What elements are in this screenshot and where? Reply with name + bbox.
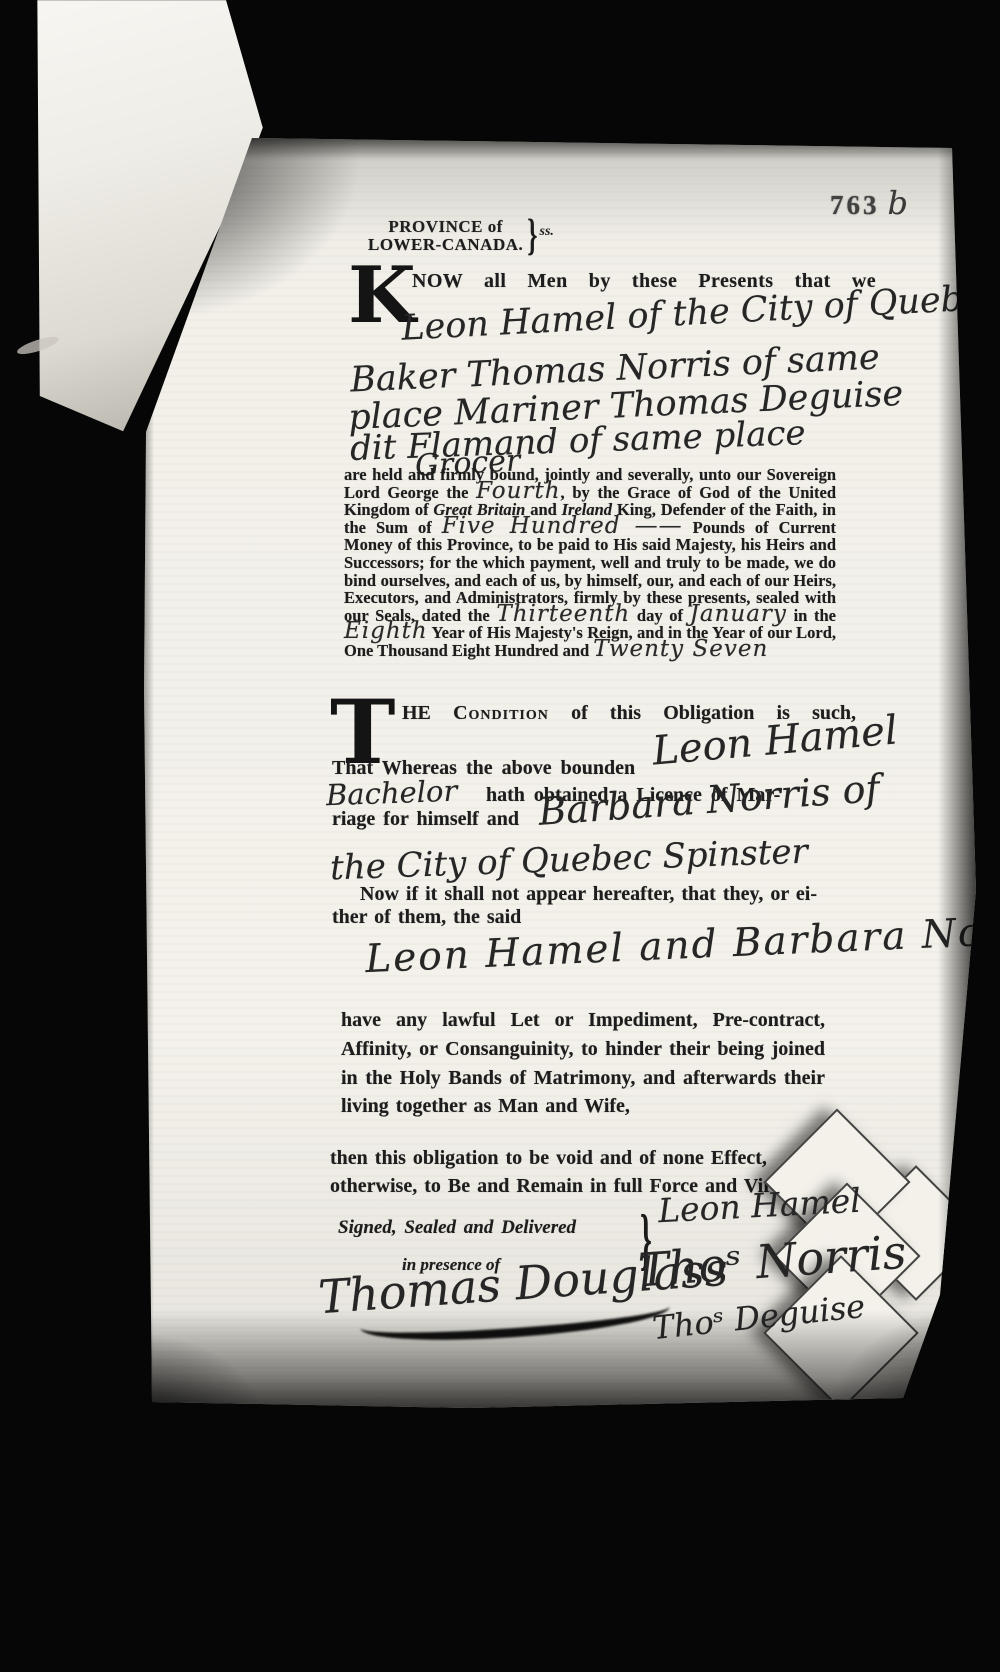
bond-text: day of <box>630 606 689 625</box>
bond-paragraph: are held and firmly bound, jointly and s… <box>344 466 836 660</box>
microfilm-photo-stage: 763b PROVINCE of LOWER-CANADA. } ss. K N… <box>0 0 1000 1672</box>
province-line-1: PROVINCE of <box>368 218 523 236</box>
impediment-paragraph: have any lawful Let or Impediment, Pre-c… <box>341 1006 825 1121</box>
bond-text: in the <box>787 606 836 625</box>
heading-brace: } <box>527 211 537 262</box>
hw-groom-status: Bachelor <box>325 774 457 813</box>
void-clause-line-1: then this obligation to be void and of n… <box>330 1144 804 1172</box>
condition-smallcaps: Condition <box>453 702 549 724</box>
condition-text: HE <box>402 702 453 724</box>
hw-year: Twenty Seven <box>593 636 768 662</box>
province-heading: PROVINCE of LOWER-CANADA. } ss. <box>368 218 554 254</box>
attestation-label: Signed, Sealed and Delivered <box>338 1217 576 1239</box>
heading-ss-abbrev: ss. <box>540 224 554 240</box>
hw-bride-residence: the City of Quebec Spinster <box>329 832 808 889</box>
page-number-printed: 763 <box>830 190 880 220</box>
now-clause-line-1: Now if it shall not appear hereafter, th… <box>332 883 847 906</box>
page-number-annotation: b <box>888 184 908 222</box>
document-page: 763b PROVINCE of LOWER-CANADA. } ss. K N… <box>140 130 980 1425</box>
licence-line-2: riage for himself and <box>332 808 519 831</box>
page-number: 763b <box>830 184 908 222</box>
